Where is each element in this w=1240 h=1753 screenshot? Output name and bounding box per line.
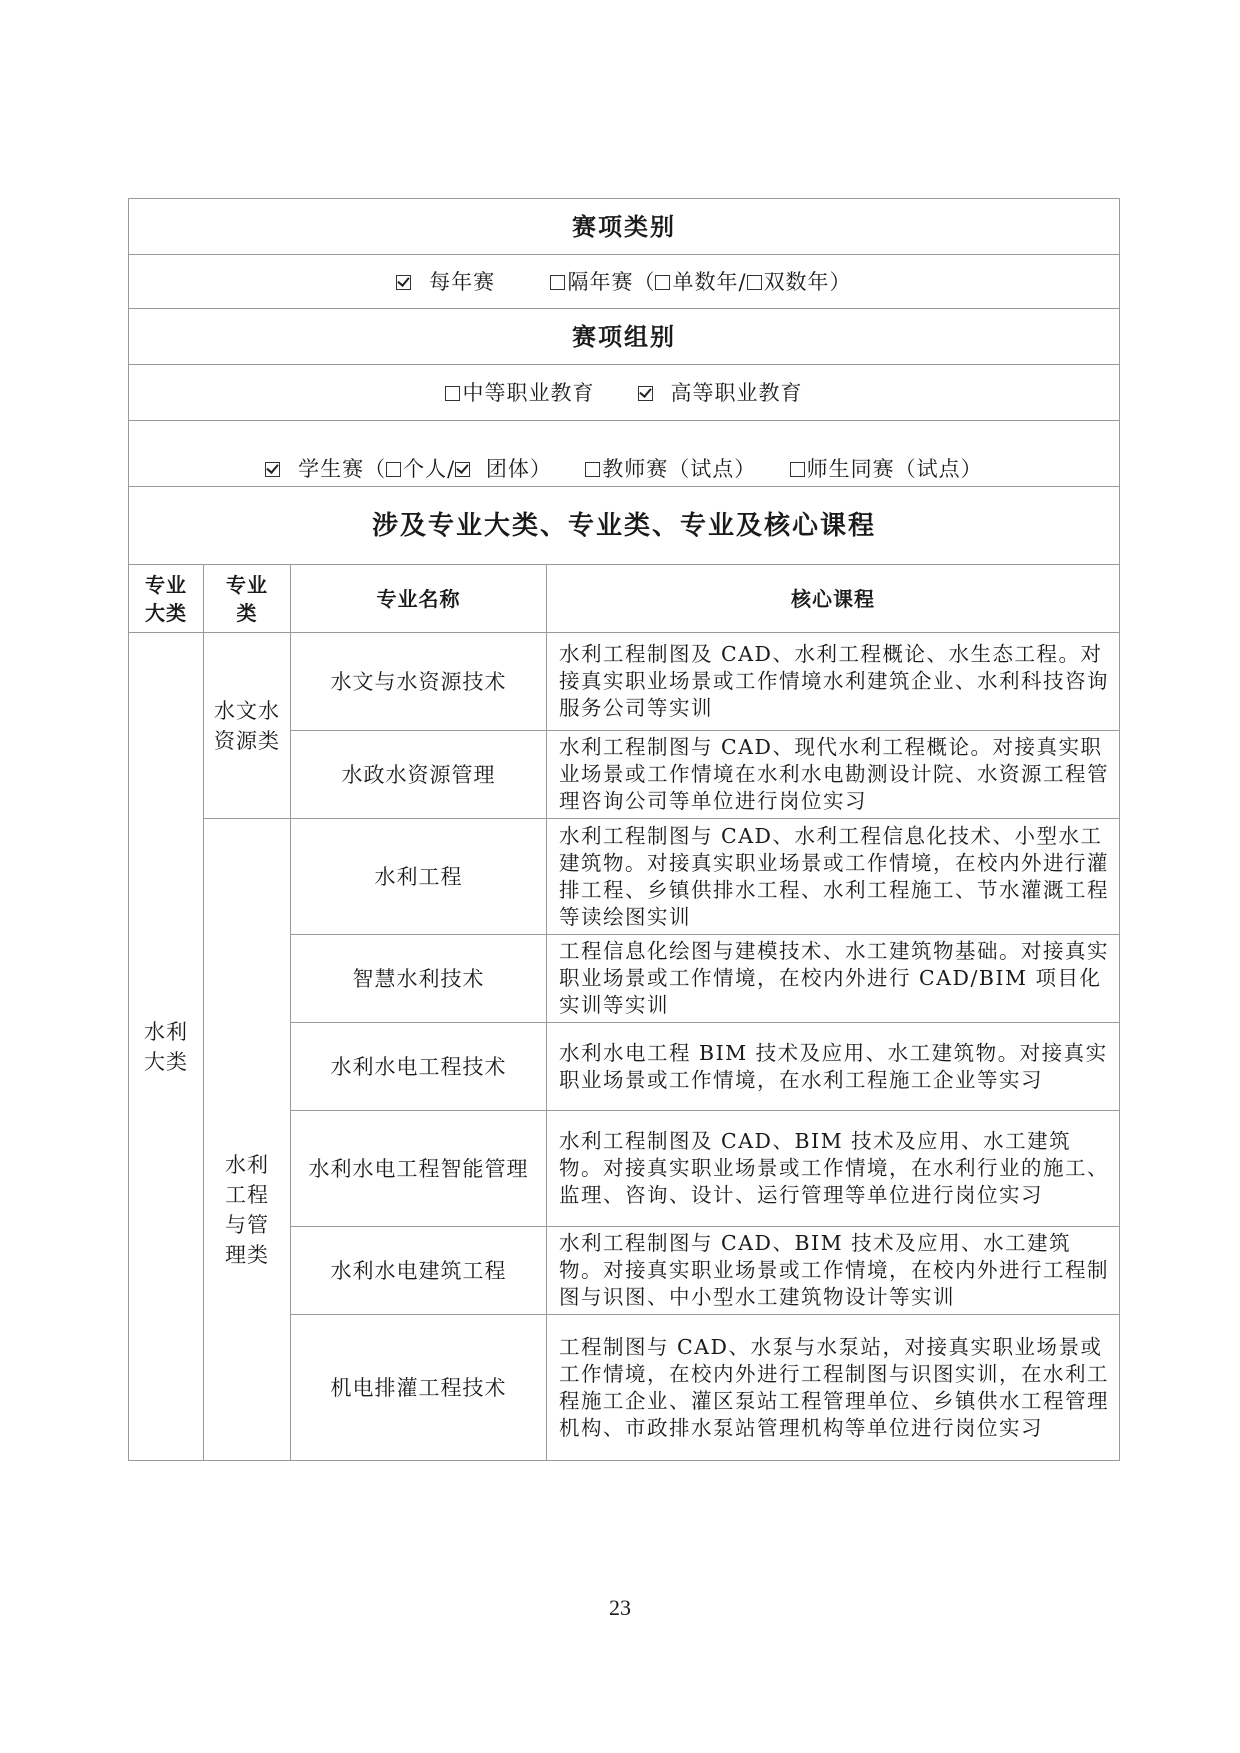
header-major-class: 专业类	[225, 571, 269, 627]
major-class-cell: 水文水资源类	[214, 696, 280, 756]
option-teacher-student-label: 师生同赛（试点）	[807, 457, 983, 481]
checkbox-individual-icon[interactable]	[386, 462, 401, 477]
event-group-title-row: 赛项组别	[129, 309, 1120, 365]
checkbox-teacher-icon[interactable]	[585, 462, 600, 477]
core-courses-cell: 水利水电工程 BIM 技术及应用、水工建筑物。对接真实职业场景或工作情境，在水利…	[547, 1023, 1120, 1111]
header-core-courses: 核心课程	[547, 565, 1120, 633]
majors-title-row: 涉及专业大类、专业类、专业及核心课程	[129, 487, 1120, 565]
participant-type-row: 学生赛（个人/ 团体） 教师赛（试点） 师生同赛（试点）	[129, 421, 1120, 487]
header-major-category: 专业大类	[144, 571, 188, 627]
major-name-cell: 水利工程	[291, 819, 547, 935]
core-courses-cell: 水利工程制图与 CAD、现代水利工程概论。对接真实职业场景或工作情境在水利水电勘…	[547, 731, 1120, 819]
event-group-title: 赛项组别	[129, 309, 1120, 365]
option-individual-label: 个人/	[403, 457, 455, 481]
core-courses-cell: 水利工程制图与 CAD、BIM 技术及应用、水工建筑物。对接真实职业场景或工作情…	[547, 1227, 1120, 1315]
major-name-cell: 水利水电建筑工程	[291, 1227, 547, 1315]
checkbox-team-checked-icon[interactable]	[455, 462, 470, 477]
competition-info-table: 赛项类别 每年赛 隔年赛（单数年/双数年） 赛项组别 中等职业教育 高等职业教育	[128, 198, 1120, 1461]
option-student-label: 学生赛（	[298, 457, 386, 481]
checkbox-biennial-icon[interactable]	[550, 275, 565, 290]
table-row: 水利工程与管理类 水利工程 水利工程制图与 CAD、水利工程信息化技术、小型水工…	[129, 819, 1120, 935]
major-name-cell: 水利水电工程技术	[291, 1023, 547, 1111]
core-courses-cell: 工程信息化绘图与建模技术、水工建筑物基础。对接真实职业场景或工作情境，在校内外进…	[547, 935, 1120, 1023]
table-header-row: 专业大类 专业类 专业名称 核心课程	[129, 565, 1120, 633]
option-teacher-label: 教师赛（试点）	[602, 457, 756, 481]
major-name-cell: 水文与水资源技术	[291, 633, 547, 731]
event-type-title-row: 赛项类别	[129, 199, 1120, 255]
option-secondary-vocational-label: 中等职业教育	[462, 381, 594, 405]
checkbox-student-checked-icon[interactable]	[265, 462, 280, 477]
option-team-label: 团体）	[486, 457, 552, 481]
checkbox-even-year-icon[interactable]	[747, 275, 762, 290]
major-name-cell: 水政水资源管理	[291, 731, 547, 819]
document-page: 赛项类别 每年赛 隔年赛（单数年/双数年） 赛项组别 中等职业教育 高等职业教育	[0, 0, 1240, 1753]
education-level-row: 中等职业教育 高等职业教育	[129, 365, 1120, 421]
event-type-options-row: 每年赛 隔年赛（单数年/双数年）	[129, 255, 1120, 309]
table-row: 水利大类 水文水资源类 水文与水资源技术 水利工程制图及 CAD、水利工程概论、…	[129, 633, 1120, 731]
checkbox-odd-year-icon[interactable]	[655, 275, 670, 290]
core-courses-cell: 工程制图与 CAD、水泵与水泵站，对接真实职业场景或工作情境，在校内外进行工程制…	[547, 1315, 1120, 1461]
core-courses-cell: 水利工程制图与 CAD、水利工程信息化技术、小型水工建筑物。对接真实职业场景或工…	[547, 819, 1120, 935]
checkbox-higher-vocational-checked-icon[interactable]	[638, 386, 653, 401]
majors-title: 涉及专业大类、专业类、专业及核心课程	[129, 487, 1120, 565]
option-annual-label: 每年赛	[429, 270, 495, 294]
major-class-cell: 水利工程与管理类	[225, 1150, 269, 1270]
core-courses-cell: 水利工程制图及 CAD、BIM 技术及应用、水工建筑物。对接真实职业场景或工作情…	[547, 1111, 1120, 1227]
major-category-cell: 水利大类	[144, 1017, 188, 1077]
checkbox-teacher-student-icon[interactable]	[790, 462, 805, 477]
checkbox-annual-checked-icon[interactable]	[396, 275, 411, 290]
option-higher-vocational-label: 高等职业教育	[671, 381, 803, 405]
option-even-year-label: 双数年）	[764, 270, 852, 294]
option-odd-year-label: 单数年/	[672, 270, 746, 294]
major-name-cell: 智慧水利技术	[291, 935, 547, 1023]
core-courses-cell: 水利工程制图及 CAD、水利工程概论、水生态工程。对接真实职业场景或工作情境水利…	[547, 633, 1120, 731]
event-type-title: 赛项类别	[129, 199, 1120, 255]
checkbox-secondary-vocational-icon[interactable]	[445, 386, 460, 401]
option-biennial-label: 隔年赛（	[567, 270, 655, 294]
major-name-cell: 机电排灌工程技术	[291, 1315, 547, 1461]
header-major-name: 专业名称	[291, 565, 547, 633]
page-number: 23	[0, 1595, 1240, 1621]
major-name-cell: 水利水电工程智能管理	[291, 1111, 547, 1227]
